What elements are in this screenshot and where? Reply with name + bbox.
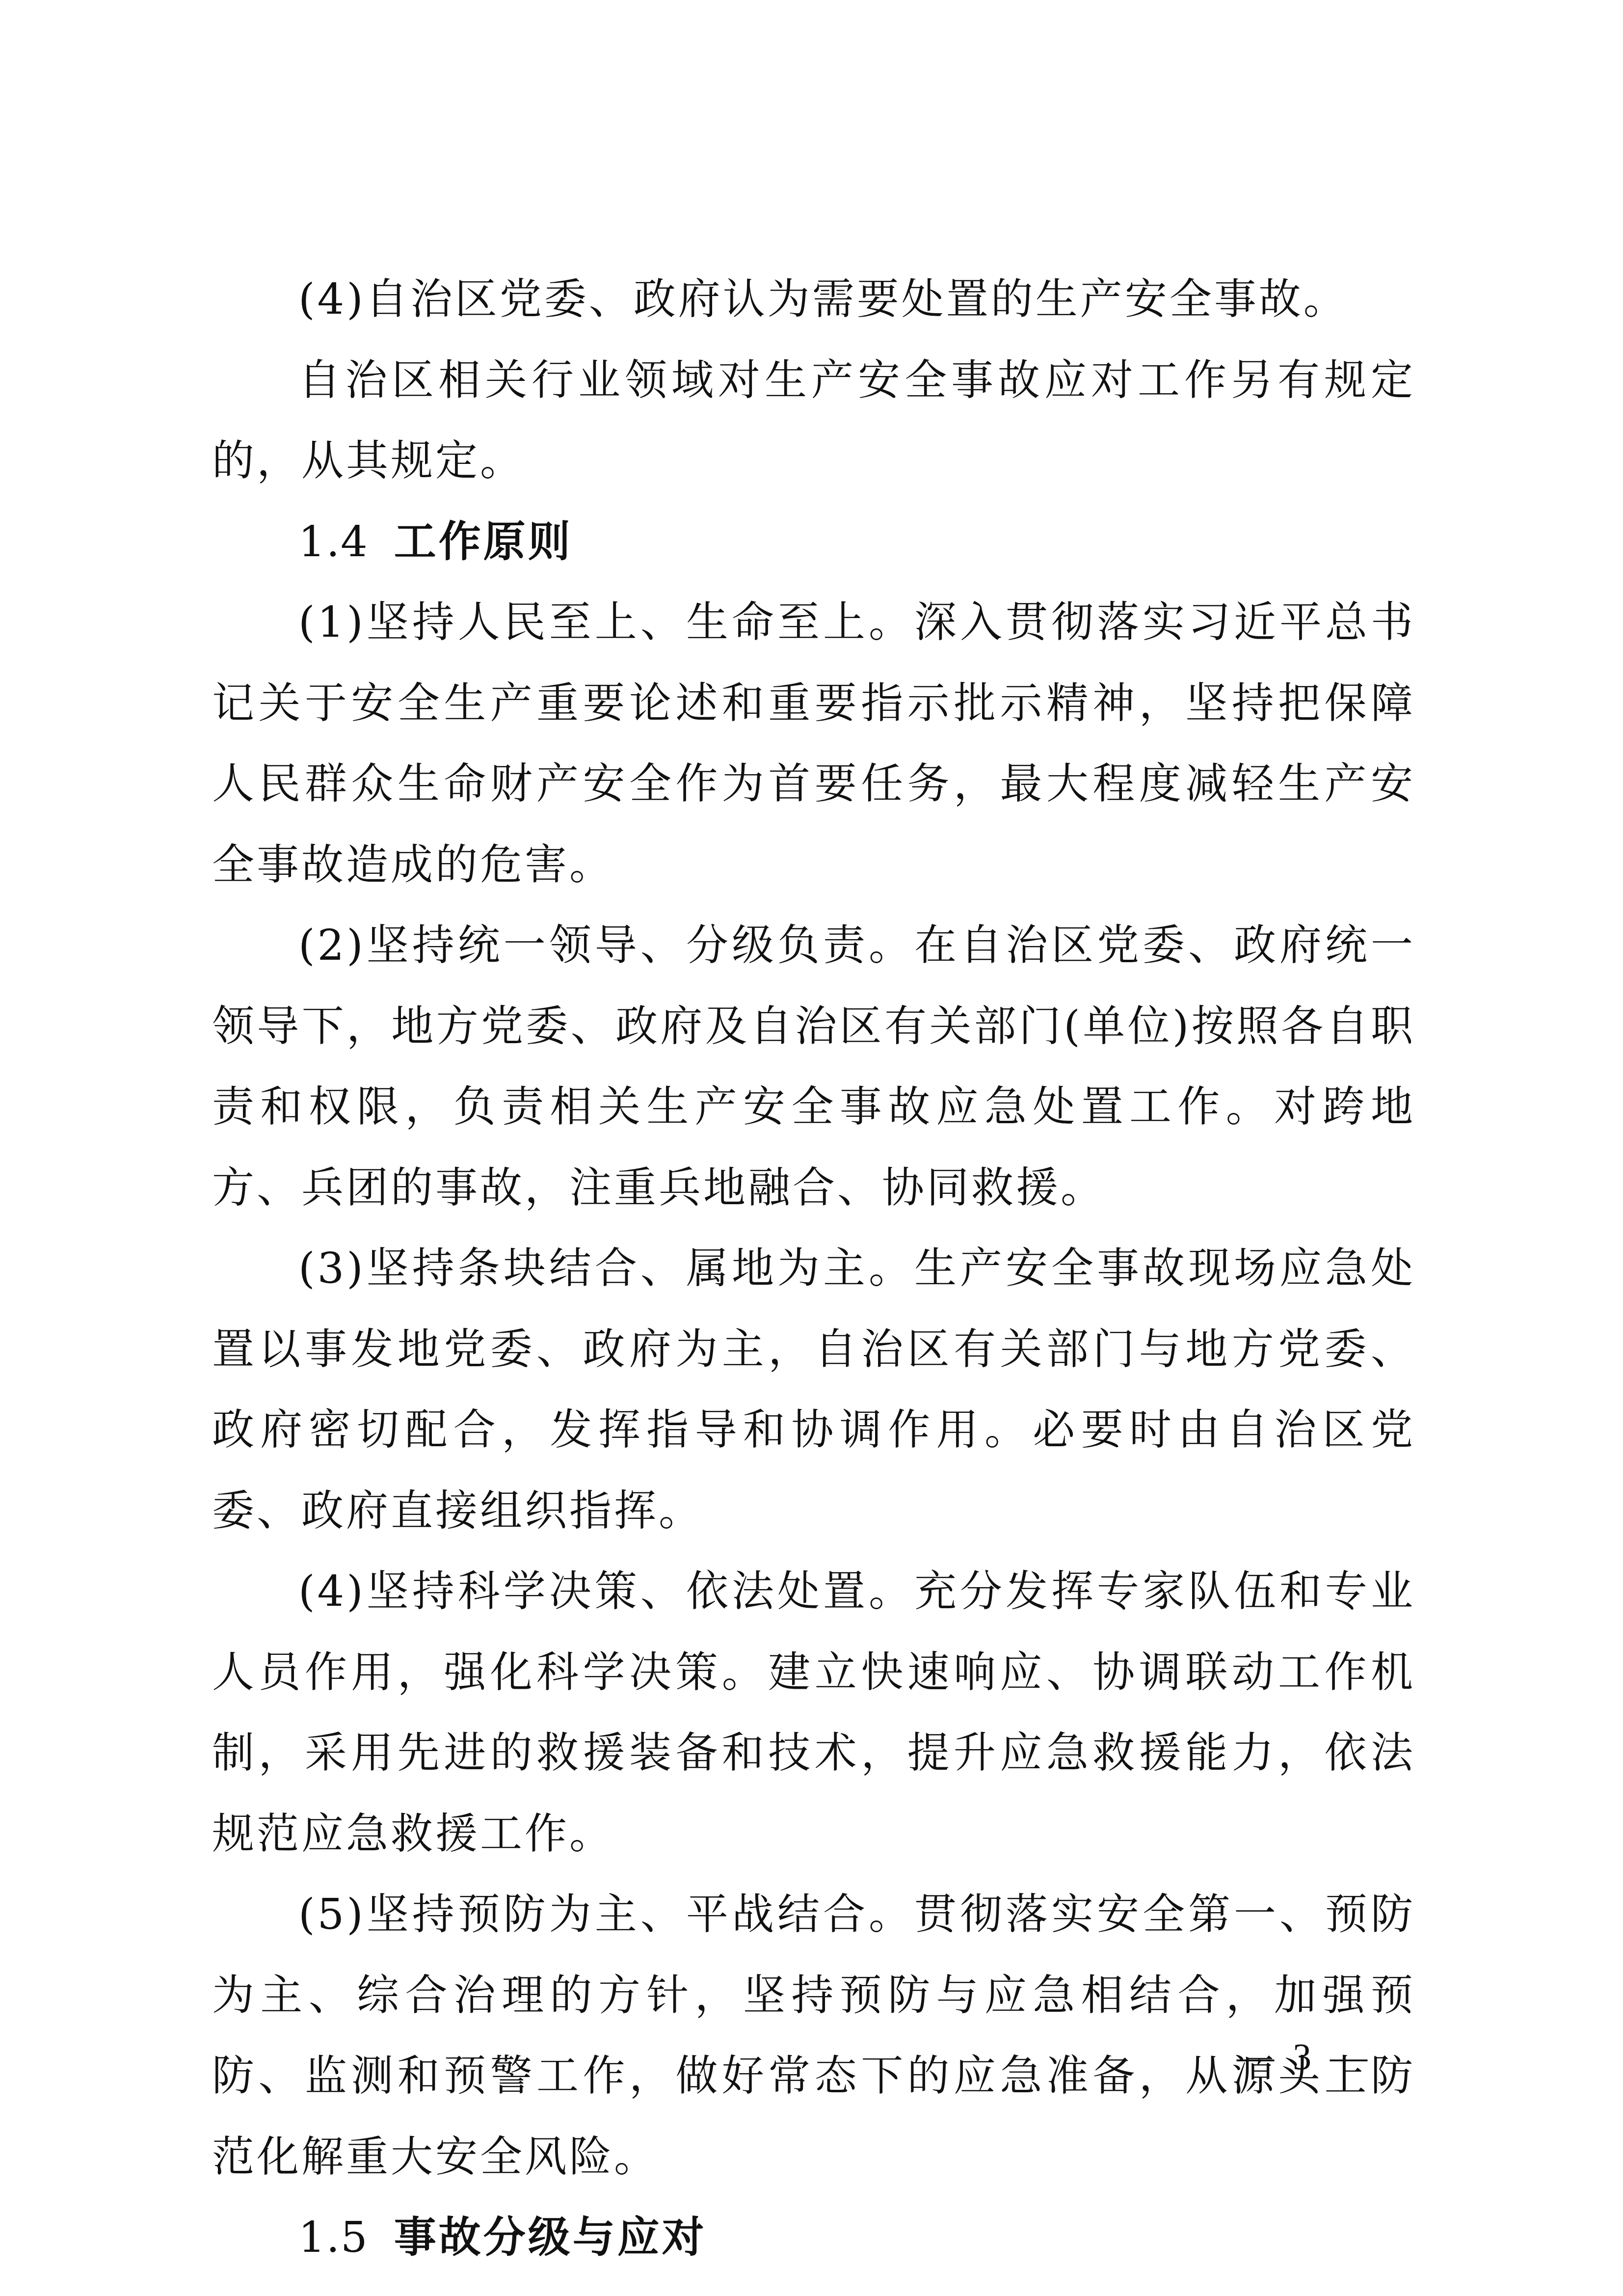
page-number: — 3 — <box>1237 2032 1367 2081</box>
principle-3: (3)坚持条块结合、属地为主。生产安全事故现场应急处置以事发地党委、政府为主，自… <box>212 1228 1415 1551</box>
section-title: 工作原则 <box>394 517 573 567</box>
document-body: (4)自治区党委、政府认为需要处置的生产安全事故。 自治区相关行业领域对生产安全… <box>212 259 1415 2278</box>
principle-4: (4)坚持科学决策、依法处置。充分发挥专家队伍和专业人员作用，强化科学决策。建立… <box>212 1551 1415 1874</box>
section-title: 事故分级与应对 <box>394 2213 707 2262</box>
principle-5: (5)坚持预防为主、平战结合。贯彻落实安全第一、预防为主、综合治理的方针，坚持预… <box>212 1874 1415 2197</box>
principle-2: (2)坚持统一领导、分级负责。在自治区党委、政府统一领导下，地方党委、政府及自治… <box>212 905 1415 1228</box>
paragraph-industry-rules: 自治区相关行业领域对生产安全事故应对工作另有规定的，从其规定。 <box>212 340 1415 502</box>
section-heading-1-5: 1.5事故分级与应对 <box>212 2197 1415 2278</box>
paragraph-item-4-disposal: (4)自治区党委、政府认为需要处置的生产安全事故。 <box>212 259 1415 340</box>
section-number: 1.4 <box>298 517 369 567</box>
principle-1: (1)坚持人民至上、生命至上。深入贯彻落实习近平总书记关于安全生产重要论述和重要… <box>212 582 1415 905</box>
section-number: 1.5 <box>298 2213 369 2262</box>
section-heading-1-4: 1.4工作原则 <box>212 502 1415 583</box>
